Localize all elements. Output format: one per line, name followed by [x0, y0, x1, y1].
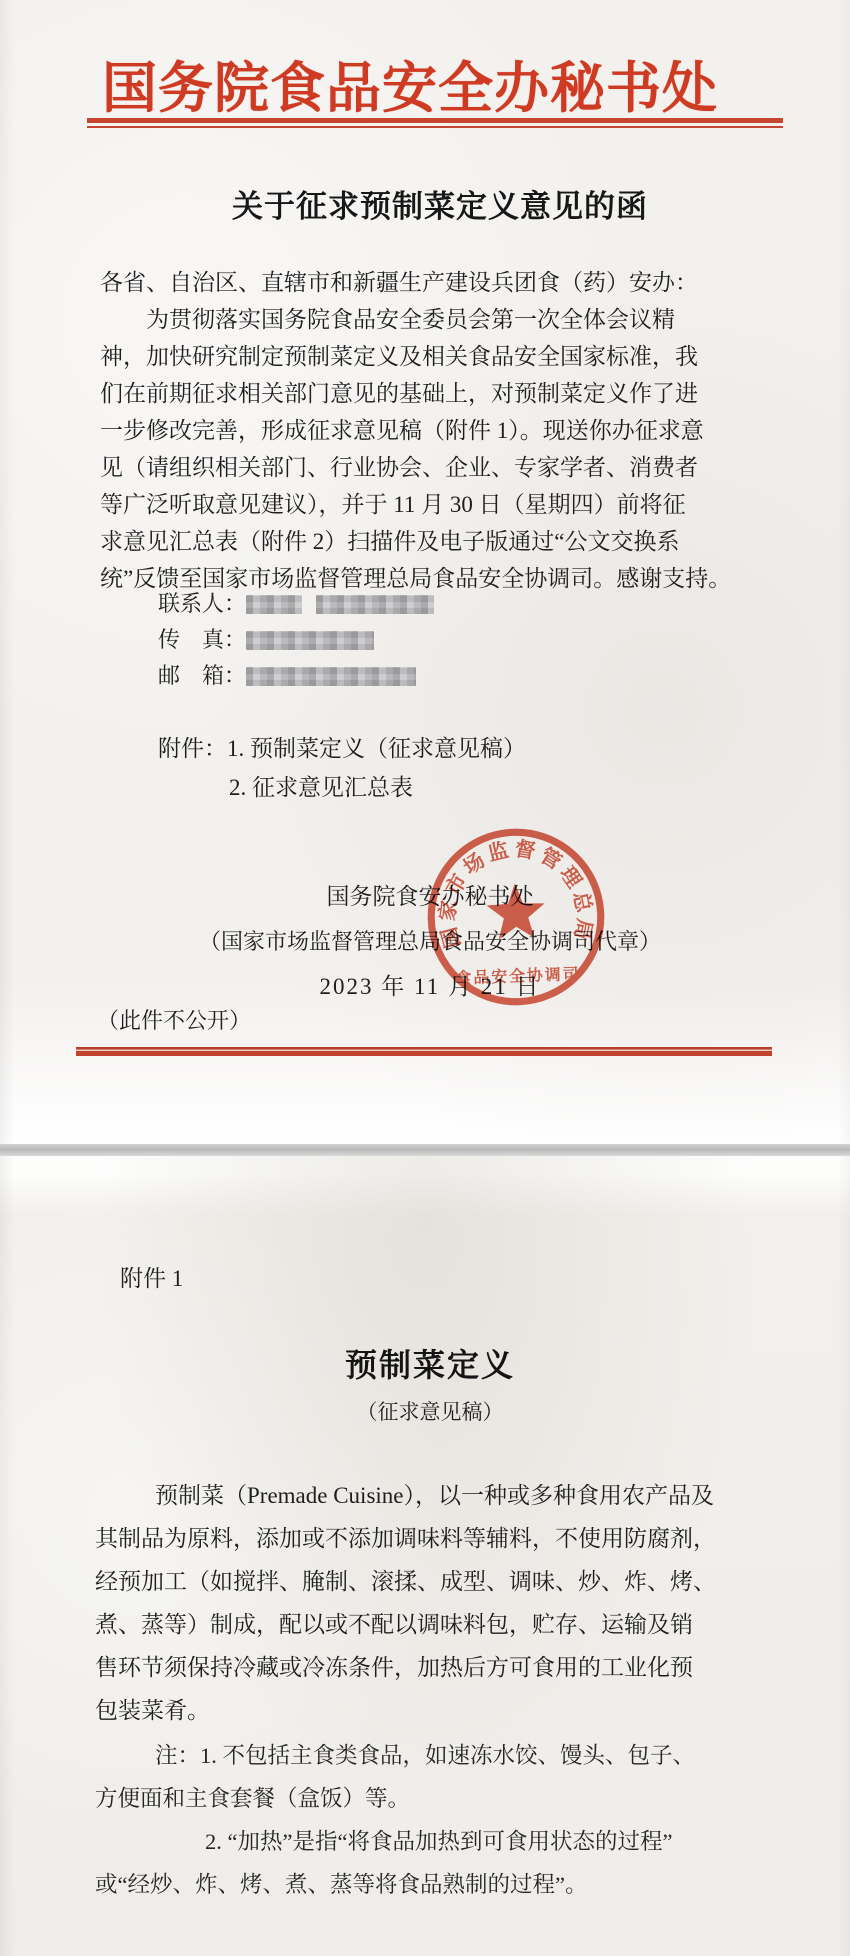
letter-body: 各省、自治区、直辖市和新疆生产建设兵团食（药）安办： 为贯彻落实国务院食品安全委… [100, 264, 740, 597]
attachment-item-2: 2. 征求意见汇总表 [158, 768, 526, 807]
page-1: 国务院食品安全办秘书处 关于征求预制菜定义意见的函 各省、自治区、直辖市和新疆生… [0, 0, 850, 1144]
definition-line: 售环节须保持冷藏或冷冻条件，加热后方可食用的工业化预 [95, 1646, 765, 1689]
definition-line: 包装菜肴。 [95, 1689, 765, 1732]
note-line: 注：1. 不包括主食类食品，如速冻水饺、馒头、包子、 [95, 1734, 765, 1777]
fax-row: 传 真： [158, 622, 434, 658]
note-line: 2. “加热”是指“将食品加热到可食用状态的过程” [95, 1820, 765, 1863]
red-double-rule-top [87, 118, 783, 128]
document-title: 关于征求预制菜定义意见的函 [0, 181, 850, 226]
attachment-item-1: 附件：1. 预制菜定义（征求意见稿） [158, 729, 526, 768]
body-line: 为贯彻落实国务院食品安全委员会第一次全体会议精 [100, 301, 740, 338]
definition-line: 煮、蒸等）制成，配以或不配以调味料包，贮存、运输及销 [95, 1603, 765, 1646]
scanned-document-photo: 国务院食品安全办秘书处 关于征求预制菜定义意见的函 各省、自治区、直辖市和新疆生… [0, 0, 850, 1956]
body-line: 等广泛听取意见建议），并于 11 月 30 日（星期四）前将征 [100, 486, 740, 523]
body-line: 神，加快研究制定预制菜定义及相关食品安全国家标准，我 [100, 338, 740, 375]
fax-label: 传 真： [158, 627, 246, 652]
page-2: 附件 1 预制菜定义 （征求意见稿） 预制菜（Premade Cuisine），… [0, 1156, 850, 1956]
seal-star-icon [486, 882, 546, 939]
definition-line: 经预加工（如搅拌、腌制、滚揉、成型、调味、炒、炸、烤、 [95, 1560, 765, 1603]
letterhead-title: 国务院食品安全办秘书处 [0, 44, 820, 123]
body-line: 求意见汇总表（附件 2）扫描件及电子版通过“公文交换系 [100, 523, 740, 560]
contact-person-label: 联系人： [158, 591, 246, 616]
note-line: 方便面和主食套餐（盒饭）等。 [95, 1777, 765, 1820]
attachment-1-label: 附件 1 [120, 1260, 183, 1293]
contact-person-row: 联系人： [158, 586, 434, 622]
rule-thin-line [87, 126, 783, 128]
definition-line: 预制菜（Premade Cuisine），以一种或多种食用农产品及 [95, 1474, 765, 1517]
annex-subtitle: （征求意见稿） [0, 1396, 850, 1426]
body-line: 一步修改完善，形成征求意见稿（附件 1）。现送你办征求意 [100, 412, 740, 449]
redacted-phone [316, 595, 434, 614]
definition-line: 其制品为原料，添加或不添加调味料等辅料，不使用防腐剂， [95, 1517, 765, 1560]
redacted-fax [246, 631, 374, 650]
official-seal: 国家市场监督管理总局 食品安全协调司 [421, 817, 612, 1017]
annex-title: 预制菜定义 [0, 1340, 850, 1386]
redacted-name [246, 595, 302, 614]
email-row: 邮 箱： [158, 658, 434, 694]
not-public-note: （此件不公开） [97, 1006, 251, 1036]
body-line: 见（请组织相关部门、行业协会、企业、专家学者、消费者 [100, 449, 740, 486]
definition-paragraph: 预制菜（Premade Cuisine），以一种或多种食用农产品及 其制品为原料… [95, 1474, 765, 1732]
attachment-list: 附件：1. 预制菜定义（征求意见稿） 2. 征求意见汇总表 [158, 729, 526, 807]
body-line: 们在前期征求相关部门意见的基础上，对预制菜定义作了进 [100, 375, 740, 412]
redacted-email [246, 667, 416, 686]
rule-thick-line [87, 118, 783, 123]
page-gap-divider [0, 1144, 850, 1156]
body-line: 各省、自治区、直辖市和新疆生产建设兵团食（药）安办： [100, 264, 740, 301]
red-rule-bottom [76, 1047, 772, 1056]
contact-block: 联系人： 传 真： 邮 箱： [158, 586, 434, 694]
email-label: 邮 箱： [158, 663, 246, 688]
notes-paragraph: 注：1. 不包括主食类食品，如速冻水饺、馒头、包子、 方便面和主食套餐（盒饭）等… [95, 1734, 765, 1906]
note-line: 或“经炒、炸、烤、煮、蒸等将食品熟制的过程”。 [95, 1863, 765, 1906]
